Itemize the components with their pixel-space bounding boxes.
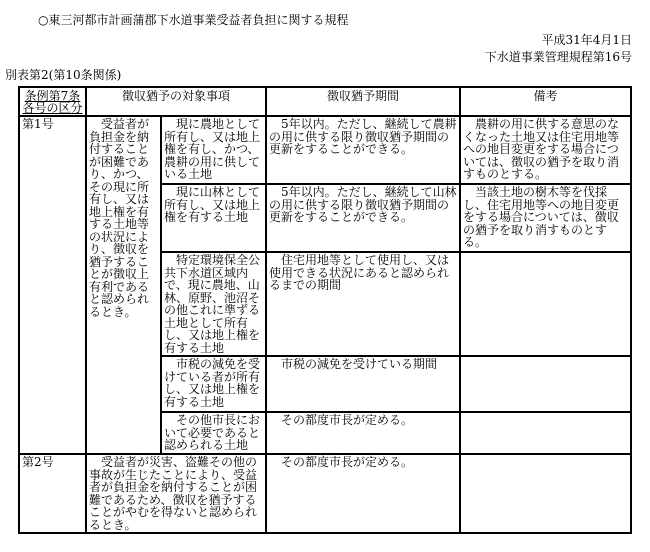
remarks-forest-cell: 当該土地の樹木等を伐採し、住宅用地等への地目変更をする場合については、徴収の猶予… xyxy=(460,184,631,252)
period-special-env-area-cell: 住宅用地等として使用し、又は使用できる状況にあると認められるまでの期間 xyxy=(266,252,460,356)
table-row: 第1号 受益者が負担金を納付することが困難であり、かつ、その現に所有し、又は地上… xyxy=(19,116,631,184)
category-no1-cell: 第1号 xyxy=(19,116,86,454)
period-tax-exemption-cell: 市税の減免を受けている期間 xyxy=(266,356,460,412)
collection-grace-table: 条例第7条各号の区分 徴収猶予の対象事項 徴収猶予期間 備考 第1号 受益者が負… xyxy=(18,86,632,534)
condition-no1-cell: 受益者が負担金を納付することが困難であり、かつ、その現に所有し、又は地上権を有す… xyxy=(86,116,161,454)
header-subject-cell: 徴収猶予の対象事項 xyxy=(86,87,266,116)
category-no2-cell: 第2号 xyxy=(19,454,86,533)
subject-mayor-discretion-cell: その他市長において必要であると認められる土地 xyxy=(161,412,266,454)
remarks-mayor-discretion-cell xyxy=(460,412,631,454)
issue-date: 平成31年4月1日 xyxy=(0,32,632,49)
subject-no2-cell: 受益者が災害、盗難その他の事故が生じたことにより、受益者が負担金を納付することが… xyxy=(86,454,266,533)
period-farmland-cell: 5年以内。ただし、継続して農耕の用に供する限り徴収猶予期間の更新をすることができ… xyxy=(266,116,460,184)
remarks-tax-exemption-cell xyxy=(460,356,631,412)
remarks-farmland-cell: 農耕の用に供する意思のなくなった土地又は住宅用地等への地目変更をする場合について… xyxy=(460,116,631,184)
subject-special-env-area-cell: 特定環境保全公共下水道区域内で、現に農地、山林、原野、池沼その他これに準ずる土地… xyxy=(161,252,266,356)
period-mayor-discretion-cell: その都度市長が定める。 xyxy=(266,412,460,454)
table-header-row: 条例第7条各号の区分 徴収猶予の対象事項 徴収猶予期間 備考 xyxy=(19,87,631,116)
remarks-no2-cell xyxy=(460,454,631,533)
header-remarks-cell: 備考 xyxy=(460,87,631,116)
subject-forest-cell: 現に山林として所有し、又は地上権を有する土地 xyxy=(161,184,266,252)
article7-link[interactable]: 条例第7条各号の区分 xyxy=(22,89,82,115)
period-forest-cell: 5年以内。ただし、継続して山林の用に供する限り徴収猶予期間の更新をすることができ… xyxy=(266,184,460,252)
regulation-number: 下水道事業管理規程第16号 xyxy=(0,49,632,66)
header-category-cell: 条例第7条各号の区分 xyxy=(19,87,86,116)
table-row: 第2号 受益者が災害、盗難その他の事故が生じたことにより、受益者が負担金を納付す… xyxy=(19,454,631,533)
regulation-document-page: ○東三河都市計画蒲郡下水道事業受益者負担に関する規程 平成31年4月1日 下水道… xyxy=(0,0,650,552)
subject-tax-exemption-cell: 市税の減免を受けている者が所有し、又は地上権を有する土地 xyxy=(161,356,266,412)
remarks-special-env-area-cell xyxy=(460,252,631,356)
period-no2-cell: その都度市長が定める。 xyxy=(266,454,460,533)
document-title: ○東三河都市計画蒲郡下水道事業受益者負担に関する規程 xyxy=(0,0,650,28)
subject-farmland-cell: 現に農地として所有し、又は地上権を有し、かつ、農耕の用に供している土地 xyxy=(161,116,266,184)
issue-info-block: 平成31年4月1日 下水道事業管理規程第16号 xyxy=(0,28,650,66)
header-period-cell: 徴収猶予期間 xyxy=(266,87,460,116)
appendix-label: 別表第2(第10条関係) xyxy=(0,66,650,86)
